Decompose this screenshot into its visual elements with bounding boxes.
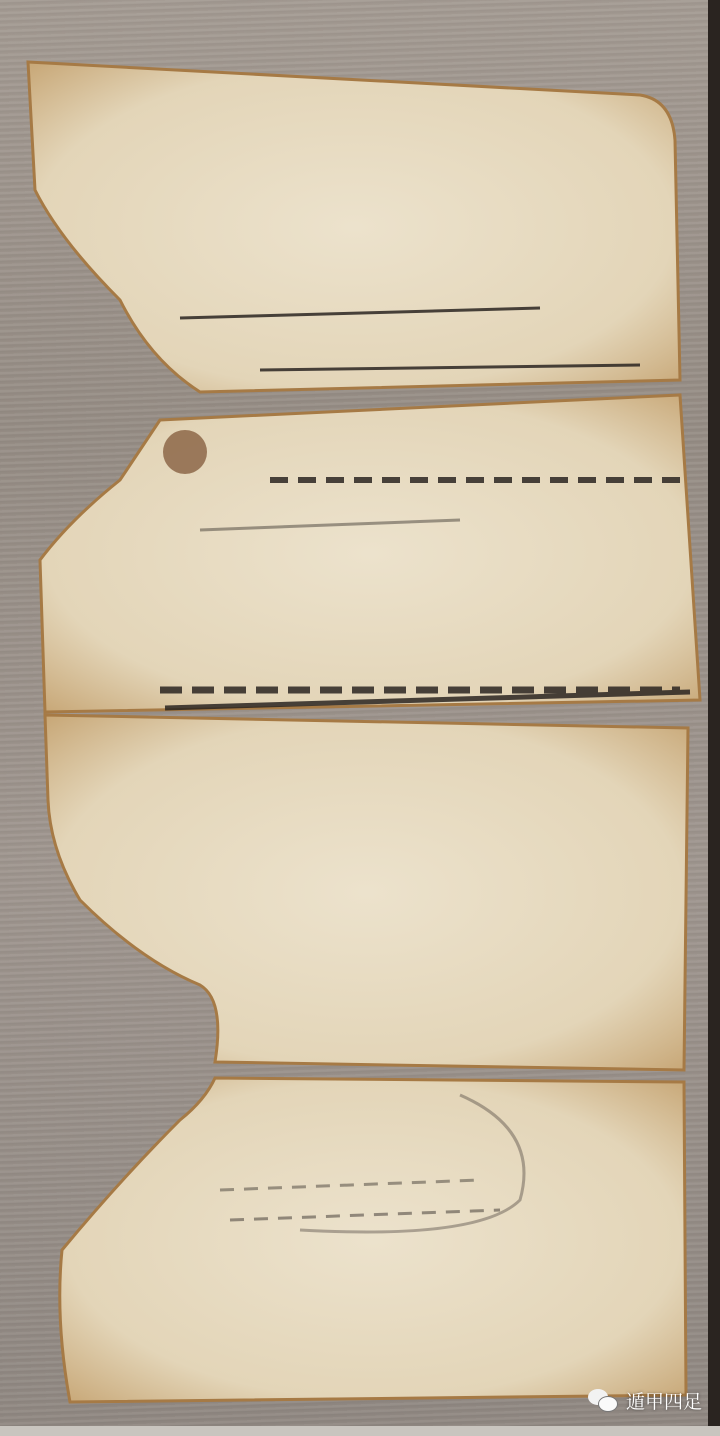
watermark-text: 遁甲四足 [626,1387,702,1414]
page-1 [28,62,680,392]
watermark: 遁甲四足 [588,1387,702,1414]
page-4 [60,1078,686,1402]
manuscript-photo [0,0,720,1436]
page-2 [40,395,700,712]
wechat-icon [588,1389,618,1413]
page-3 [45,715,688,1070]
bottom-strip [0,1426,720,1436]
